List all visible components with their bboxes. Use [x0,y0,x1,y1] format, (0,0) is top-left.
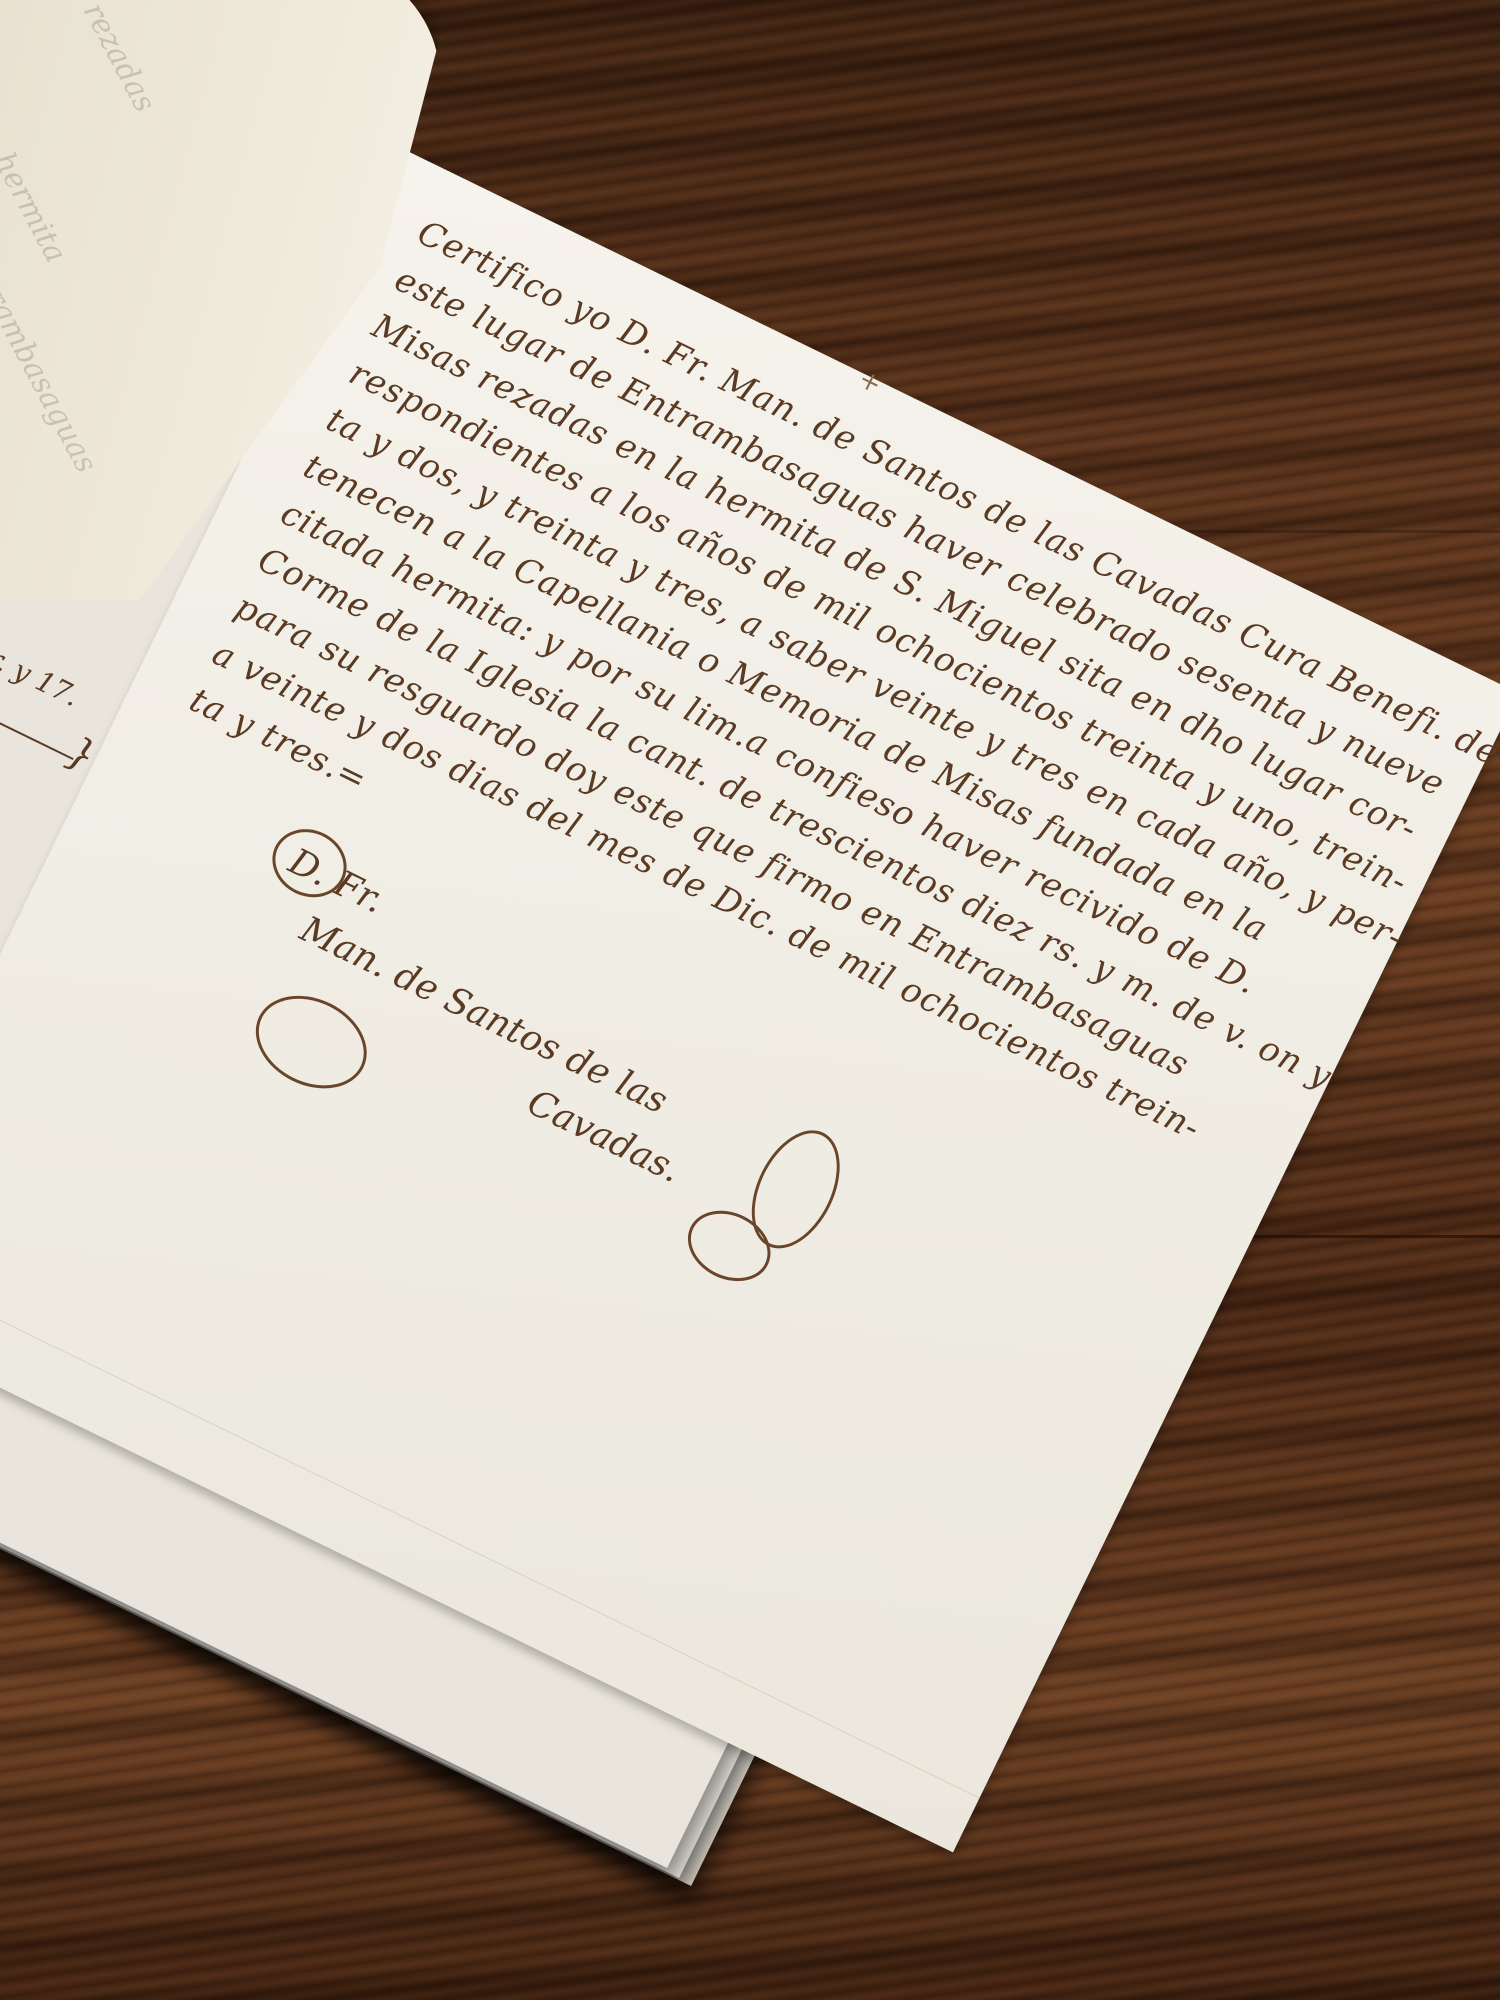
brace-mark: } [60,728,103,781]
bleed-through-text: rezadas [76,0,162,118]
bleed-through-text: Entrambasaguas [0,236,104,479]
bleed-through-text: hermita [0,147,73,269]
